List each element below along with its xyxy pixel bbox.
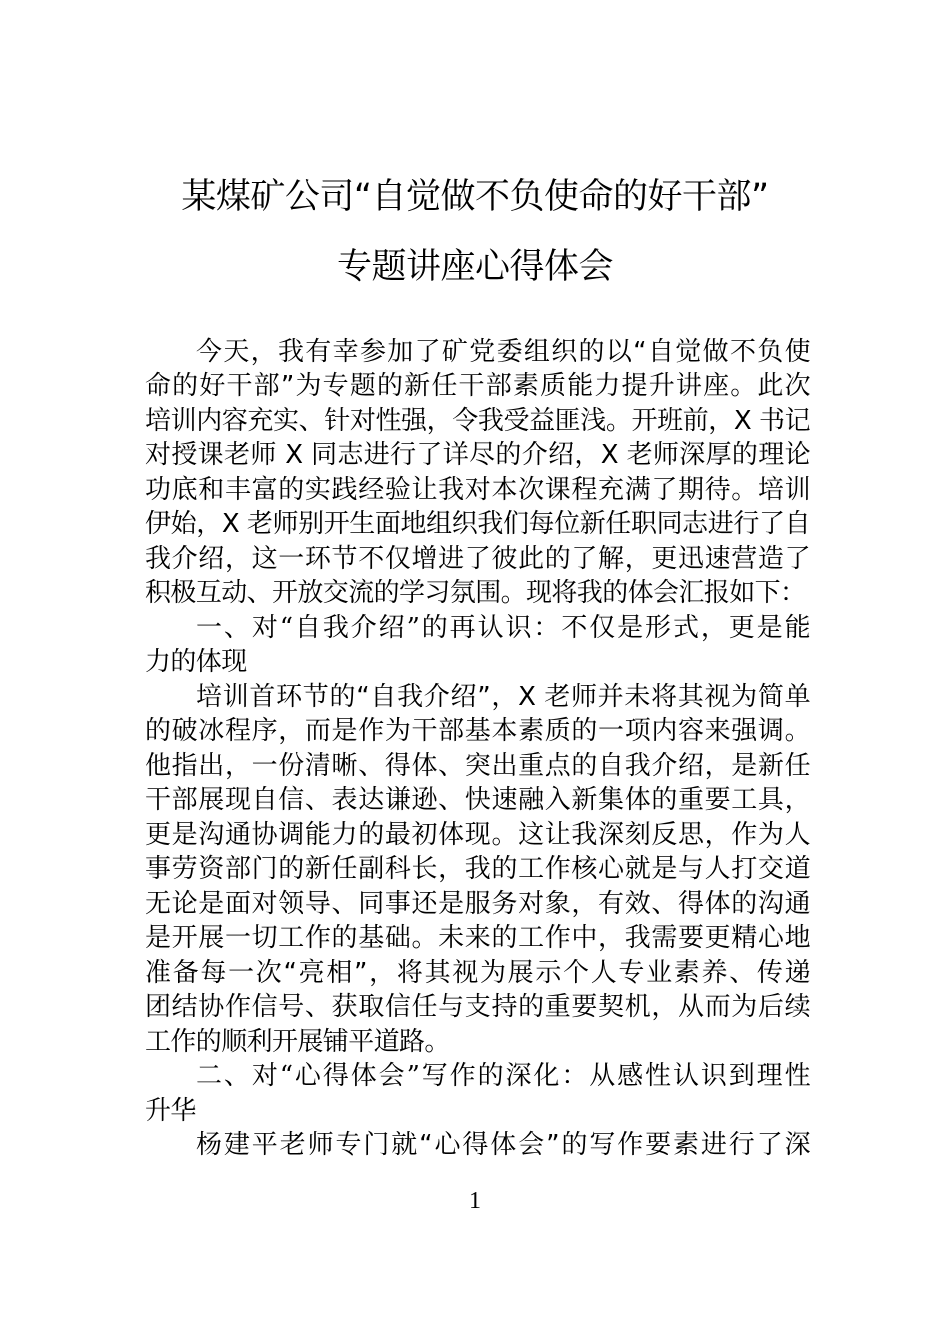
paragraph-section-1-line: 是开展一切工作的基础。未来的工作中，我需要更精心地 [145, 921, 810, 955]
document-title-line-1: 某煤矿公司“自觉做不负使命的好干部” [0, 175, 950, 219]
paragraph-section-1-line: 培训首环节的“自我介绍”，X 老师并未将其视为简单 [196, 680, 810, 714]
paragraph-section-1-line: 干部展现自信、表达谦逊、快速融入新集体的重要工具， [145, 783, 810, 817]
paragraph-intro-line: 我介绍，这一环节不仅增进了彼此的了解，更迅速营造了 [145, 542, 810, 576]
paragraph-section-1-line: 准备每一次“亮相”，将其视为展示个人专业素养、传递 [145, 956, 810, 990]
paragraph-section-1-line: 的破冰程序，而是作为干部基本素质的一项内容来强调。 [145, 714, 810, 748]
paragraph-intro-line: 今天，我有幸参加了矿党委组织的以“自觉做不负使 [196, 335, 810, 369]
section-heading-1: 力的体现 [145, 645, 810, 679]
paragraph-intro-line: 功底和丰富的实践经验让我对本次课程充满了期待。培训 [145, 473, 810, 507]
paragraph-section-1-line: 更是沟通协调能力的最初体现。这让我深刻反思，作为人 [145, 818, 810, 852]
section-heading-2: 升华 [145, 1094, 810, 1128]
paragraph-section-1-line: 无论是面对领导、同事还是服务对象，有效、得体的沟通 [145, 887, 810, 921]
paragraph-section-1-line: 他指出，一份清晰、得体、突出重点的自我介绍，是新任 [145, 749, 810, 783]
section-heading-2: 二、对“心得体会”写作的深化：从感性认识到理性 [196, 1059, 810, 1093]
paragraph-intro-line: 命的好干部”为专题的新任干部素质能力提升讲座。此次 [145, 369, 810, 403]
paragraph-intro-line: 培训内容充实、针对性强，令我受益匪浅。开班前，X 书记 [145, 404, 810, 438]
paragraph-intro-line: 伊始，X 老师别开生面地组织我们每位新任职同志进行了自 [145, 507, 810, 541]
page-number: 1 [0, 1186, 950, 1216]
section-heading-1: 一、对“自我介绍”的再认识：不仅是形式，更是能 [196, 611, 810, 645]
paragraph-section-1-line: 团结协作信号、获取信任与支持的重要契机，从而为后续 [145, 990, 810, 1024]
paragraph-intro-line: 对授课老师 X 同志进行了详尽的介绍，X 老师深厚的理论 [145, 438, 810, 472]
document-page: 某煤矿公司“自觉做不负使命的好干部” 专题讲座心得体会 今天，我有幸参加了矿党委… [0, 0, 950, 1344]
paragraph-section-1-line: 事劳资部门的新任副科长，我的工作核心就是与人打交道 [145, 852, 810, 886]
paragraph-intro-line: 积极互动、开放交流的学习氛围。现将我的体会汇报如下： [145, 576, 810, 610]
document-title-line-2: 专题讲座心得体会 [0, 245, 950, 289]
paragraph-section-1-line: 工作的顺利开展铺平道路。 [145, 1025, 810, 1059]
paragraph-section-2-line: 杨建平老师专门就“心得体会”的写作要素进行了深 [196, 1128, 810, 1162]
